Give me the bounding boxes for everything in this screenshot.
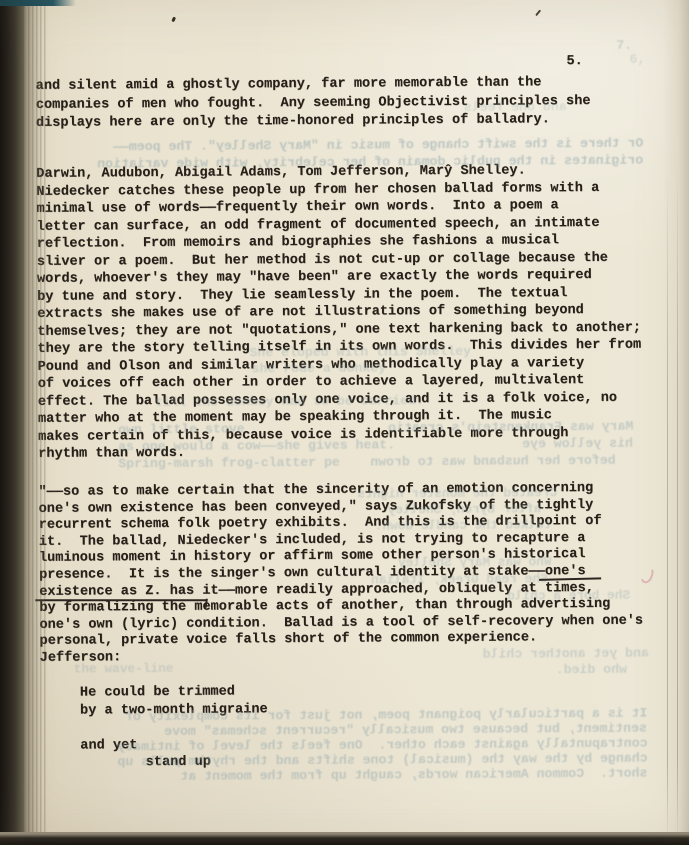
poem-line: He could be trimmed [80,683,268,702]
scanned-typescript-page: { "document": { "page_number": "5.", "pa… [0,0,689,845]
bleedthrough-line: She read Greek, Italian [371,571,548,587]
bleedthrough-line: Or there is the swift change of music in… [113,136,643,155]
bleedthrough-line: own little stove [118,421,245,437]
bleedthrough-line: till the donkey had to be carried. [155,393,424,410]
page-edge-shadow [24,0,48,845]
page-content-layer: 5. and silent amid a ghostly company, fa… [0,0,689,845]
bleedthrough-line: and yet another child [482,646,648,662]
bleedthrough-page-number: 7. [616,38,632,53]
bleedthrough-line: the wave-line [74,661,174,677]
scan-edge-bottom [0,832,689,845]
bleedthrough-line: who died. [555,662,626,677]
ink-speck [535,9,541,16]
bleedthrough-line: and one feels [464,99,567,115]
page-number: 5. [566,53,582,71]
scan-edge-top-teal [0,0,76,6]
ink-speck [171,16,176,22]
bleedthrough-line: as one would a cow——she gives heat. [118,437,395,454]
bleedthrough-line: Mary was Frankenstein's creatio [388,419,633,436]
bleedthrough-line: talked the candle down. [375,517,552,533]
bleedthrough-line: before her husband was to drown [370,453,615,470]
bleedthrough-line: she rode a donkey [252,360,387,376]
bleedthrough-line: She bore a child [507,588,630,604]
bleedthrough-line: Created the monster nights [358,485,558,501]
bleedthrough-line: his yellow eye [522,436,633,452]
bleedthrough-line: short. Common American words, caught up … [181,766,648,784]
page-stack-seam [667,0,668,845]
page-stack-seam [677,0,678,845]
bleedthrough-line: Who was Mary Shelley [398,554,552,570]
bleedthrough-line: She eloped with this Shelley [249,344,471,361]
bleedthrough-line: Spring-marsh frog-clatter pe [118,455,340,472]
paragraph-2: Darwin, Audubon, Abigail Adams, Tom Jeff… [36,162,642,464]
bleedthrough-page-number: 6, [629,52,645,67]
paragraph-3: "——so as to make certain that the sincer… [38,481,643,668]
bleedthrough-line: after Byron, Shelley [388,501,542,517]
scan-edge-left [0,0,24,845]
pen-overline-mark [35,599,207,601]
